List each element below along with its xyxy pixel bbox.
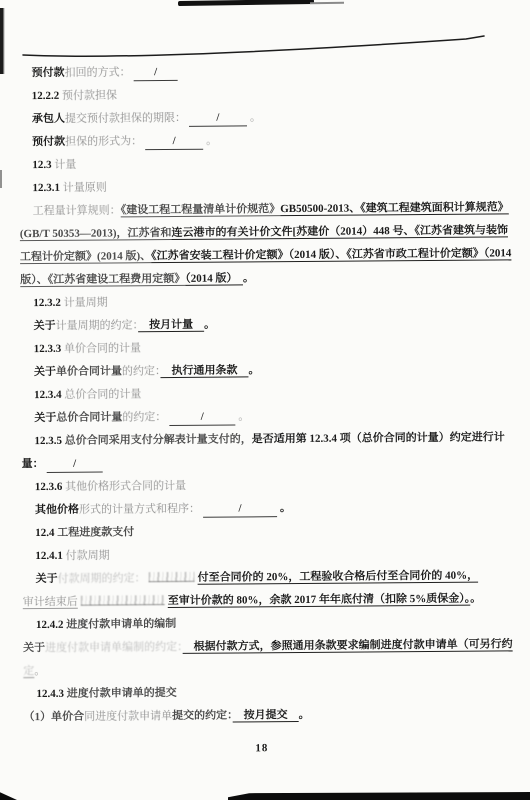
text-segment: 计量原则 (63, 181, 107, 193)
illegible-faint-text (149, 572, 195, 582)
text-segment: 承包人 (32, 113, 65, 125)
text-segment: 。 (280, 502, 291, 514)
text-segment: 根据付款方式，参照通用条款要求编制进度付款申请单（可另行约 (183, 638, 513, 653)
text-segment: 关于 (34, 320, 56, 332)
text-segment: 12.3.2 (33, 297, 63, 309)
text-segment: 连云港市的有关计价文件[苏建价（2014）448 号、《江苏省建筑与装饰 (171, 224, 508, 239)
scan-artifact-bottom-band (228, 792, 530, 800)
fill-in-blank: / (134, 65, 178, 81)
text-segment: 担保的形式为： (65, 135, 142, 148)
scanned-page: 预付款扣回的方式：/12.2.2 预付款担保承包人提交预付款担保的期限：/。预付… (0, 0, 530, 800)
text-segment: 。 (238, 410, 249, 422)
text-segment: 12.3.4 (34, 389, 64, 401)
scan-artifact-bottom-left-corner (0, 786, 17, 800)
text-segment: 。 (34, 665, 45, 677)
text-segment: 关于 (34, 366, 56, 378)
fill-in-blank: / (203, 501, 277, 518)
text-segment: 。 (248, 364, 259, 376)
text-segment: 12.3.5 (34, 435, 64, 447)
document-body: 预付款扣回的方式：/12.2.2 预付款担保承包人提交预付款担保的期限：/。预付… (19, 58, 500, 762)
text-segment: GB50500-2013、《建筑工程建筑面积计算规范》 (280, 201, 509, 215)
fill-in-blank: / (145, 134, 203, 150)
fill-in-blank: / (47, 457, 103, 473)
text-segment: 量： (22, 458, 44, 470)
scan-artifact-top-bar (178, 0, 314, 6)
fill-in-blank: / (189, 110, 247, 126)
text-segment: 审计结束后 (23, 596, 78, 608)
text-segment: 按月提交 (233, 709, 299, 722)
text-segment: 进度付款申请单的编制 (66, 618, 176, 631)
text-segment: 。 (206, 135, 217, 147)
text-segment: 12.4.3 (36, 688, 66, 700)
doc-line: 工程计价定额》(2014 版)、《江苏省安装工程计价定额》（2014 版）、《江… (20, 242, 496, 269)
text-segment: 总价合同采用支付分解表计量支付的， (65, 433, 252, 446)
text-segment: 计量周期 (64, 296, 108, 308)
text-segment: 预付款 (32, 67, 65, 79)
text-segment: (GB/T 50353—2013)，江苏省和 (20, 227, 172, 240)
text-segment: 同进度付款申请单 (84, 710, 172, 723)
text-segment: 《江苏省安装工程计价定额》（2014 版）、《江苏省市政工程计价定额》（2014 (151, 247, 511, 262)
text-segment: 12.4.1 (35, 550, 65, 562)
doc-line: 关于进度付款申请单编制的约定： 根据付款方式，参照通用条款要求编制进度付款申请单… (23, 633, 499, 660)
text-segment: 执行通用条款 (160, 364, 248, 377)
text-segment: 关于 (34, 412, 56, 424)
text-segment: 至审计价款的 80%，余款 2017 年年底付清（扣除 5%质保金）。 (168, 593, 471, 607)
text-segment: 。 (250, 111, 261, 123)
text-segment: 工程进度款支付 (57, 526, 134, 539)
text-segment: 总价合同计量 (56, 411, 122, 424)
text-segment: 其他价格 (35, 504, 79, 516)
text-segment: 。 (470, 593, 481, 605)
text-segment: （1）单价合 (24, 711, 85, 723)
text-segment: 单价合同计量 (56, 365, 122, 378)
text-segment: 计量周期的约定： (56, 319, 139, 332)
text-segment: 付至合同价的 20%，工程验收合格后付至合同价的 40%， (198, 570, 479, 584)
text-segment: 总价合同的计量 (64, 388, 141, 401)
text-segment: 付款周期 (66, 549, 110, 561)
text-segment: 《建设工程工程量清单计价规范》 (121, 203, 281, 216)
text-segment: 是否适用第 12.3.4 项（总价合同的计量）约定进行计 (252, 431, 505, 445)
text-segment: 的约定： (122, 365, 161, 377)
text-segment: （2014 版） (185, 272, 243, 284)
page-number-row: 18 (24, 735, 500, 762)
scan-artifact-left-edge (0, 8, 5, 74)
text-segment: 定 (23, 665, 34, 677)
text-segment: 12.4 (35, 527, 57, 539)
text-segment: 关于 (36, 573, 58, 585)
text-segment: 形式的计量方式和程序： (79, 503, 200, 516)
text-segment: 付款周期的约定： (58, 572, 146, 585)
scan-artifact-left-edge-small (0, 170, 2, 188)
text-segment: 计量 (54, 159, 76, 171)
text-segment: 的约定： (122, 411, 166, 423)
fill-in-blank: / (169, 409, 235, 426)
text-segment: 进度付款申请单编制的约定： (45, 641, 183, 654)
illegible-faint-text (81, 595, 165, 606)
text-segment: 其他价格形式合同的计量 (65, 480, 186, 493)
text-segment: 扣回的方式： (65, 66, 131, 79)
text-segment: 12.3 (32, 159, 54, 171)
doc-line: 12.3.5 总价合同采用支付分解表计量支付的，是否适用第 12.3.4 项（总… (21, 426, 497, 453)
text-segment: 。 (299, 709, 310, 721)
text-segment: 工程计价定额》(2014 版)、 (20, 250, 151, 263)
text-segment: 单价合同的计量 (64, 342, 141, 355)
text-segment: 预付款 (32, 136, 65, 148)
text-segment: 按月计量 (138, 319, 204, 332)
text-segment: 预付款担保 (62, 89, 117, 101)
text-segment: 。 (243, 272, 254, 284)
text-segment: 关于 (23, 642, 45, 654)
text-segment: 工程量计算规则： (33, 204, 121, 217)
text-segment: 12.2.2 (32, 90, 62, 102)
text-segment: 提交预付款担保的期限： (65, 112, 186, 125)
scan-artifact-top-bar-tail (310, 2, 344, 5)
text-segment: 提交的约定： (172, 710, 233, 722)
text-segment: 12.3.6 (35, 481, 65, 493)
doc-line: 审计结束后至审计价款的 80%，余款 2017 年年底付清（扣除 5%质保金）。… (23, 587, 499, 614)
text-segment: 进度付款申请单的提交 (67, 687, 177, 700)
text-segment: 12.4.2 (36, 619, 66, 631)
text-segment: 。 (204, 319, 215, 331)
text-segment: 12.3.3 (34, 343, 64, 355)
doc-line: （1）单价合同进度付款申请单提交的约定： 按月提交 。 (24, 702, 500, 729)
text-segment: 12.3.1 (32, 182, 62, 194)
page-number: 18 (255, 742, 268, 754)
text-segment: 版）、《江苏省建设工程费用定额》 (20, 273, 185, 286)
